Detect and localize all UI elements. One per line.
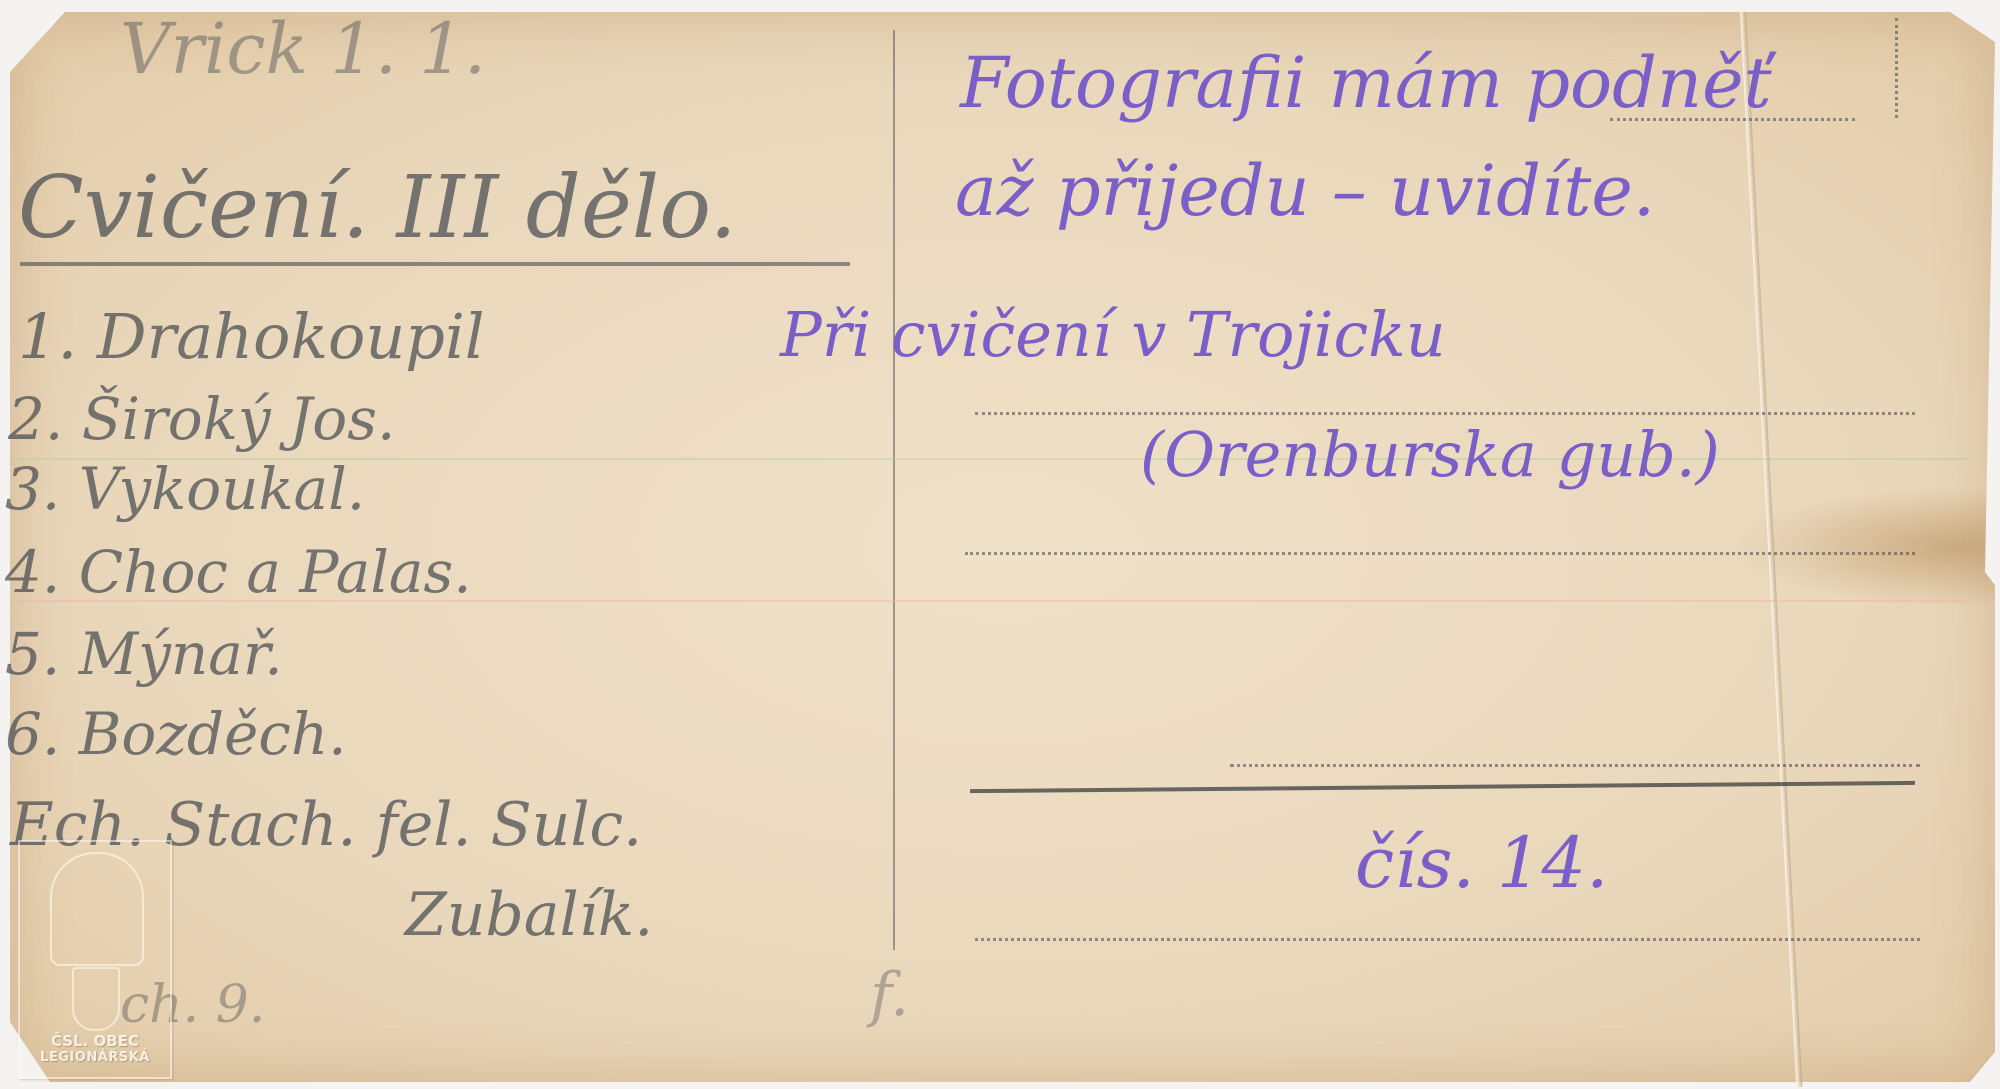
stamp-box-dotted-border — [1895, 18, 1898, 118]
list-item: 4. Choc a Palas. — [5, 538, 472, 606]
margin-mark: f. — [870, 960, 909, 1030]
caption-line: (Orenburska gub.) — [1140, 418, 1720, 491]
list-item-number: 2. — [8, 385, 63, 453]
list-item-name: Choc a Palas. — [79, 538, 472, 606]
list-item: 2. Široký Jos. — [8, 385, 395, 453]
list-item-number: 1. — [18, 300, 77, 373]
list-item-name: Bozděch. — [79, 700, 347, 768]
list-item: 1. Drahokoupil — [18, 300, 485, 373]
photo-number: čís. 14. — [1355, 822, 1608, 904]
title-underline — [20, 262, 850, 266]
address-line — [975, 938, 1920, 941]
coat-of-arms-icon — [72, 967, 120, 1031]
message-line: Fotografii mám podněť — [960, 42, 1772, 124]
address-line — [975, 412, 1915, 415]
address-line — [965, 552, 1915, 555]
list-item-name: Vykoukal. — [79, 455, 365, 523]
stamp-text-line: ČSL. OBEC — [20, 1032, 170, 1050]
list-item-name: Mýnař. — [79, 620, 283, 688]
top-pencil-note: Vrick 1. 1. — [120, 8, 486, 90]
soldier-helmet-icon — [50, 852, 144, 966]
embossed-legion-stamp: ČSL. OBEC LEGIONÁŘSKÁ — [18, 840, 172, 1079]
extra-names-line: Zubalík. — [405, 880, 653, 950]
caption-line: Při cvičení v Trojicku — [780, 298, 1446, 371]
list-item-name: Drahokoupil — [97, 300, 485, 373]
postcard-center-divider — [893, 30, 895, 950]
address-line — [1230, 764, 1920, 767]
list-item-number: 6. — [5, 700, 60, 768]
list-item-name: Široký Jos. — [82, 385, 396, 453]
list-title: Cvičení. III dělo. — [18, 158, 737, 258]
stamp-text-line: LEGIONÁŘSKÁ — [20, 1050, 170, 1065]
message-line: až přijedu – uvidíte. — [955, 150, 1655, 232]
list-item-number: 5. — [5, 620, 60, 688]
list-item: 5. Mýnař. — [5, 620, 283, 688]
list-item: 3. Vykoukal. — [5, 455, 365, 523]
list-item-number: 4. — [5, 538, 60, 606]
list-item: 6. Bozděch. — [5, 700, 347, 768]
list-item-number: 3. — [5, 455, 60, 523]
